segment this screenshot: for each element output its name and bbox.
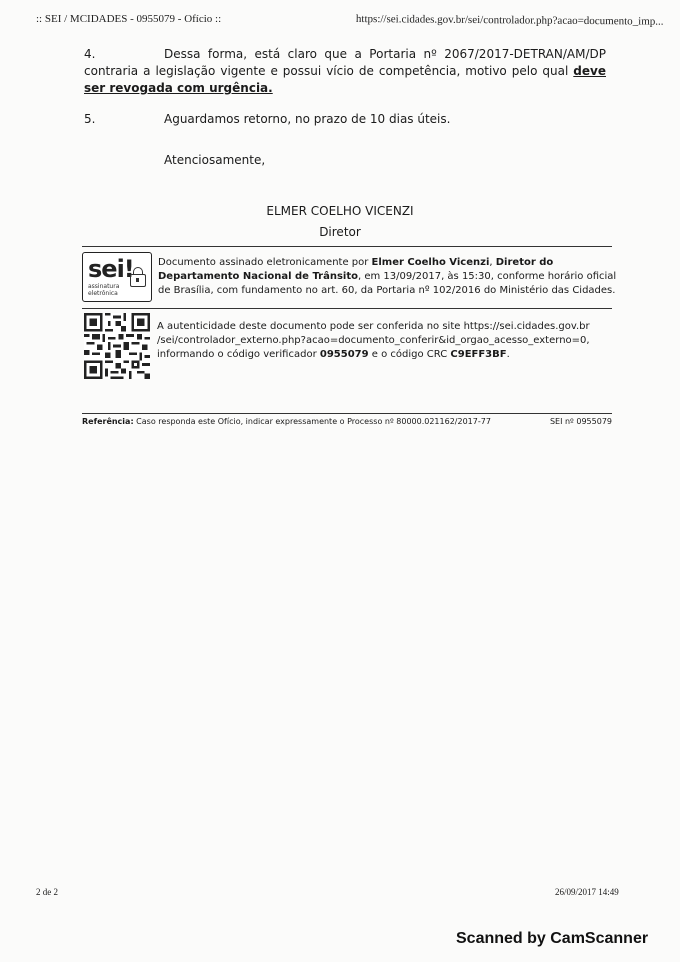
lock-icon <box>130 274 146 287</box>
paragraph-text: Dessa forma, está claro que a Portaria n… <box>84 47 606 78</box>
reference-line: Referência: Caso responda este Ofício, i… <box>82 417 612 426</box>
verification-code: 0955079 <box>320 349 369 360</box>
paragraph-4: 4. Dessa forma, está claro que a Portari… <box>84 46 606 97</box>
sei-logo: sei! assinatura eletrônica <box>82 252 152 302</box>
reference-label: Referência: <box>82 417 134 426</box>
sei-logo-sub2: eletrônica <box>88 290 119 297</box>
divider <box>82 308 612 309</box>
signer-name: ELMER COELHO VICENZI <box>0 204 680 218</box>
divider <box>82 413 612 414</box>
sei-logo-word: sei! <box>88 255 134 283</box>
authenticity-text: A autenticidade deste documento pode ser… <box>157 320 617 362</box>
signature-text: Documento assinado eletronicamente por E… <box>158 256 618 298</box>
print-header-url: https://sei.cidades.gov.br/sei/controlad… <box>356 13 664 28</box>
paragraph-5: 5. Aguardamos retorno, no prazo de 10 di… <box>84 111 606 128</box>
paragraph-number: 4. <box>84 46 95 63</box>
authenticity-text-part: . <box>507 349 510 360</box>
closing-salutation: Atenciosamente, <box>164 153 265 167</box>
sei-number: SEI nº 0955079 <box>550 417 612 426</box>
page-number: 2 de 2 <box>36 887 58 897</box>
paragraph-number: 5. <box>84 111 95 128</box>
divider <box>82 246 612 247</box>
signature-text-part: Documento assinado eletronicamente por <box>158 257 372 268</box>
signer-name-bold: Elmer Coelho Vicenzi <box>372 257 490 268</box>
paragraph-text: Aguardamos retorno, no prazo de 10 dias … <box>164 112 450 126</box>
electronic-signature-block: sei! assinatura eletrônica Documento ass… <box>82 249 612 305</box>
reference-text: Caso responda este Ofício, indicar expre… <box>134 417 491 426</box>
crc-code: C9EFF3BF <box>450 349 506 360</box>
print-header-title: :: SEI / MCIDADES - 0955079 - Ofício :: <box>36 13 221 25</box>
sei-logo-subtitle: assinatura eletrônica <box>88 283 119 297</box>
signer-title: Diretor <box>0 225 680 239</box>
print-datetime: 26/09/2017 14:49 <box>555 887 619 897</box>
camscanner-watermark: Scanned by CamScanner <box>456 930 648 948</box>
authenticity-text-part: e o código CRC <box>369 349 451 360</box>
qr-code-icon <box>84 313 150 379</box>
sei-logo-sub1: assinatura <box>88 283 119 290</box>
